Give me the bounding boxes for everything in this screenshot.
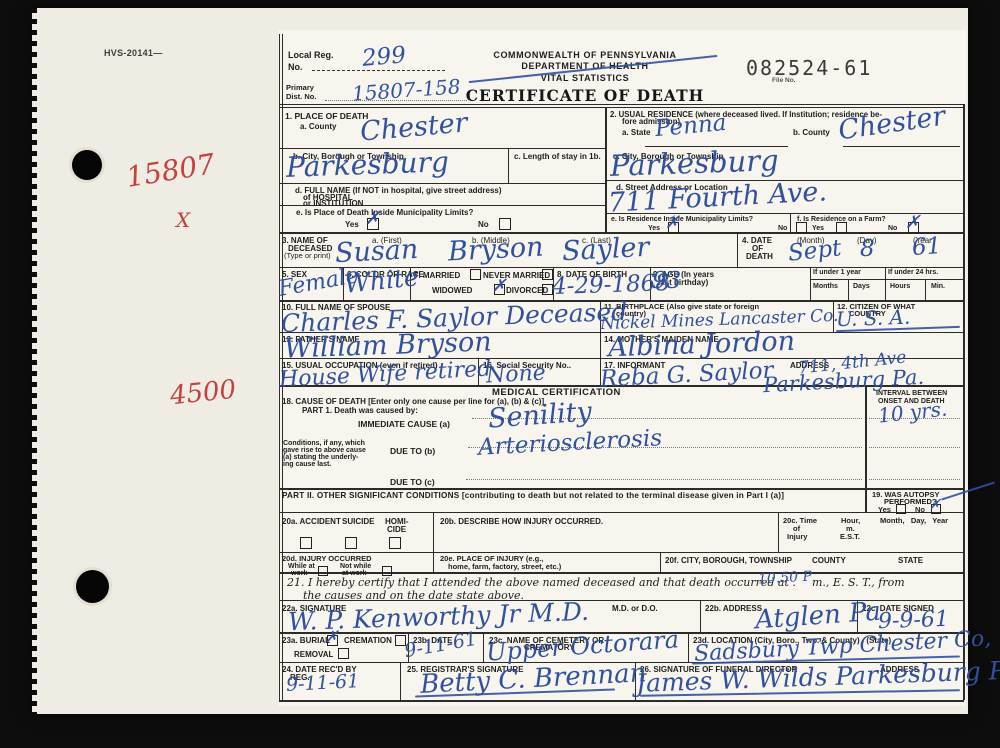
s9-under24-label: If under 24 hrs. — [888, 269, 938, 277]
s2f-no-mark: ✗ — [905, 212, 920, 233]
local-reg-label: Local Reg. — [288, 50, 334, 60]
rule — [963, 104, 965, 700]
s23a-removal-checkbox — [338, 648, 349, 659]
s2a-label: a. State — [622, 128, 650, 137]
punch-hole-bottom — [76, 570, 109, 603]
rule — [279, 552, 964, 553]
s9-days-label: Days — [853, 283, 870, 291]
s18-due-c-label: DUE TO (c) — [390, 478, 435, 488]
s7-married-checkbox — [470, 269, 481, 280]
s20a-accident-checkbox — [300, 537, 312, 549]
s1a-label: a. County — [300, 122, 336, 131]
s9-under1-label: If under 1 year — [813, 269, 861, 277]
part2-label: PART II. OTHER SIGNIFICANT CONDITIONS [c… — [282, 491, 784, 500]
s3-title3: (Type or print) — [284, 252, 331, 261]
s20a-homicide-checkbox — [389, 537, 401, 549]
s18-cond4: ing cause last. — [283, 461, 331, 469]
s1c-label: c. Length of stay in 1b. — [514, 152, 601, 161]
s20f-label: 20f. CITY, BOROUGH, TOWNSHIP — [665, 556, 792, 565]
s20b-label: 20b. DESCRIBE HOW INJURY OCCURRED. — [440, 517, 603, 526]
rule — [279, 183, 605, 184]
s23a-cremation-label: CREMATION — [344, 636, 392, 645]
s2e-no-label: No — [778, 225, 787, 233]
punch-hole-top — [72, 150, 102, 180]
s20a-suicide-checkbox — [345, 537, 357, 549]
rule — [508, 148, 509, 183]
certificate-title: CERTIFICATE OF DEATH — [445, 86, 725, 105]
interval-c-rule — [869, 479, 960, 480]
rule — [400, 662, 401, 700]
deceased-last-name: Sayler — [561, 232, 650, 268]
death-time-value: 10.50 P — [758, 569, 813, 588]
org-line-3: VITAL STATISTICS — [445, 73, 725, 83]
rule — [688, 632, 689, 662]
s9-min-label: Min. — [931, 283, 945, 291]
dist-no-label: Dist. No. — [286, 93, 316, 102]
s2f-no-label: No — [888, 225, 897, 233]
rule — [810, 267, 811, 300]
s20a-suicide-label: SUICIDE — [342, 517, 374, 526]
s23a-removal-label: REMOVAL — [294, 650, 333, 659]
s18-immediate-label: IMMEDIATE CAUSE (a) — [358, 420, 450, 430]
s20a-accident-label: 20a. ACCIDENT — [282, 517, 341, 526]
s20d-while-checkbox — [318, 566, 328, 576]
rule — [848, 279, 849, 300]
death-year-value: 61 — [911, 233, 942, 261]
s2c-city-value: Parkesburg — [609, 143, 779, 183]
rule — [865, 385, 867, 512]
date-received-value: 9-11-61 — [285, 670, 359, 696]
s7-married-label: 7. MARRIED — [414, 271, 460, 280]
rule — [483, 632, 484, 662]
margin-red-x: X — [176, 208, 190, 232]
rule — [433, 512, 434, 572]
s20d-notwhile-checkbox — [382, 566, 392, 576]
s1e-yes-mark: ✗ — [365, 208, 380, 229]
death-month-value: Sept — [787, 235, 843, 266]
s4-title3: DEATH — [746, 252, 773, 261]
no-label: No. — [288, 62, 303, 72]
rule — [279, 700, 964, 702]
rule — [778, 512, 779, 552]
s1e-no-label: No — [478, 220, 489, 229]
rule — [279, 488, 964, 490]
rule — [279, 512, 964, 513]
s1e-no-checkbox — [499, 218, 511, 230]
s2b-label: b. County — [793, 128, 830, 137]
rule — [660, 552, 661, 572]
s23a-burial-mark: ✗ — [325, 627, 338, 646]
s23a-burial-label: 23a. BURIAL — [282, 636, 330, 645]
rule — [737, 232, 738, 267]
s19-no-mark: ✗ — [929, 497, 941, 513]
deceased-middle-name: Bryson — [447, 232, 544, 268]
s2e-yes-label: Yes — [648, 225, 660, 233]
cause-c-rule — [466, 479, 862, 480]
local-reg-value: 299 — [361, 42, 407, 72]
s1b-city-value: Parkesburg — [285, 145, 449, 184]
s20c-est-label: E.S.T. — [840, 533, 860, 542]
s18-due-b-label: DUE TO (b) — [390, 447, 435, 457]
file-number-stamp: 082524-61 — [746, 56, 872, 80]
interval-b-rule — [869, 447, 960, 448]
s20e-label2: home, farm, factory, street, etc.) — [448, 563, 561, 572]
s19-yes-checkbox — [896, 504, 906, 514]
rule — [843, 146, 960, 147]
s1e-label: e. Is Place of Death Inside Municipality… — [296, 208, 473, 217]
s20a-cide-label: CIDE — [387, 525, 406, 534]
rule — [925, 279, 926, 300]
s19-no-label: No — [915, 506, 925, 515]
age-value: 93 — [652, 268, 681, 294]
s20f-state-label: STATE — [898, 556, 923, 565]
rule — [790, 213, 791, 232]
s21-line1: 21. I hereby certify that I attended the… — [287, 577, 796, 590]
s2e-yes-mark: ✗ — [665, 213, 679, 233]
s18-part1-label: PART 1. Death was caused by: — [302, 406, 418, 415]
s1-title: 1. PLACE OF DEATH — [285, 112, 368, 122]
s9-months-label: Months — [813, 283, 838, 291]
s2f-yes-label: Yes — [812, 225, 824, 233]
s7-widowed-label: WIDOWED — [432, 286, 472, 295]
death-day-value: 8 — [860, 236, 875, 262]
s20f-county-label: COUNTY — [812, 556, 846, 565]
rule — [700, 600, 701, 632]
paper-deckle-edge — [31, 8, 37, 714]
rule — [279, 107, 964, 108]
s20c-label3: Injury — [787, 533, 807, 542]
s9-hours-label: Hours — [890, 283, 910, 291]
ssn-value: None — [485, 360, 546, 388]
s7-widowed-mark: ✗ — [492, 276, 506, 296]
s19-yes-label: Yes — [878, 506, 891, 515]
s1e-yes-label: Yes — [345, 220, 359, 229]
s22a-md-label: M.D. or D.O. — [612, 604, 658, 613]
s21-line1b: m., E. S. T., from — [812, 577, 905, 590]
form-code: HVS-20141— — [104, 48, 163, 58]
rule — [810, 279, 963, 280]
rule — [885, 267, 886, 300]
s2e-no-checkbox — [796, 222, 807, 233]
s20c-mdy-label: Month, Day, Year — [880, 517, 948, 526]
s2f-yes-checkbox — [836, 222, 847, 233]
scanned-death-certificate: HVS-20141— 15807 X 4500 Local Reg. No. 2… — [0, 0, 1000, 748]
s1d-label3: or INSTITUTION — [303, 199, 363, 208]
